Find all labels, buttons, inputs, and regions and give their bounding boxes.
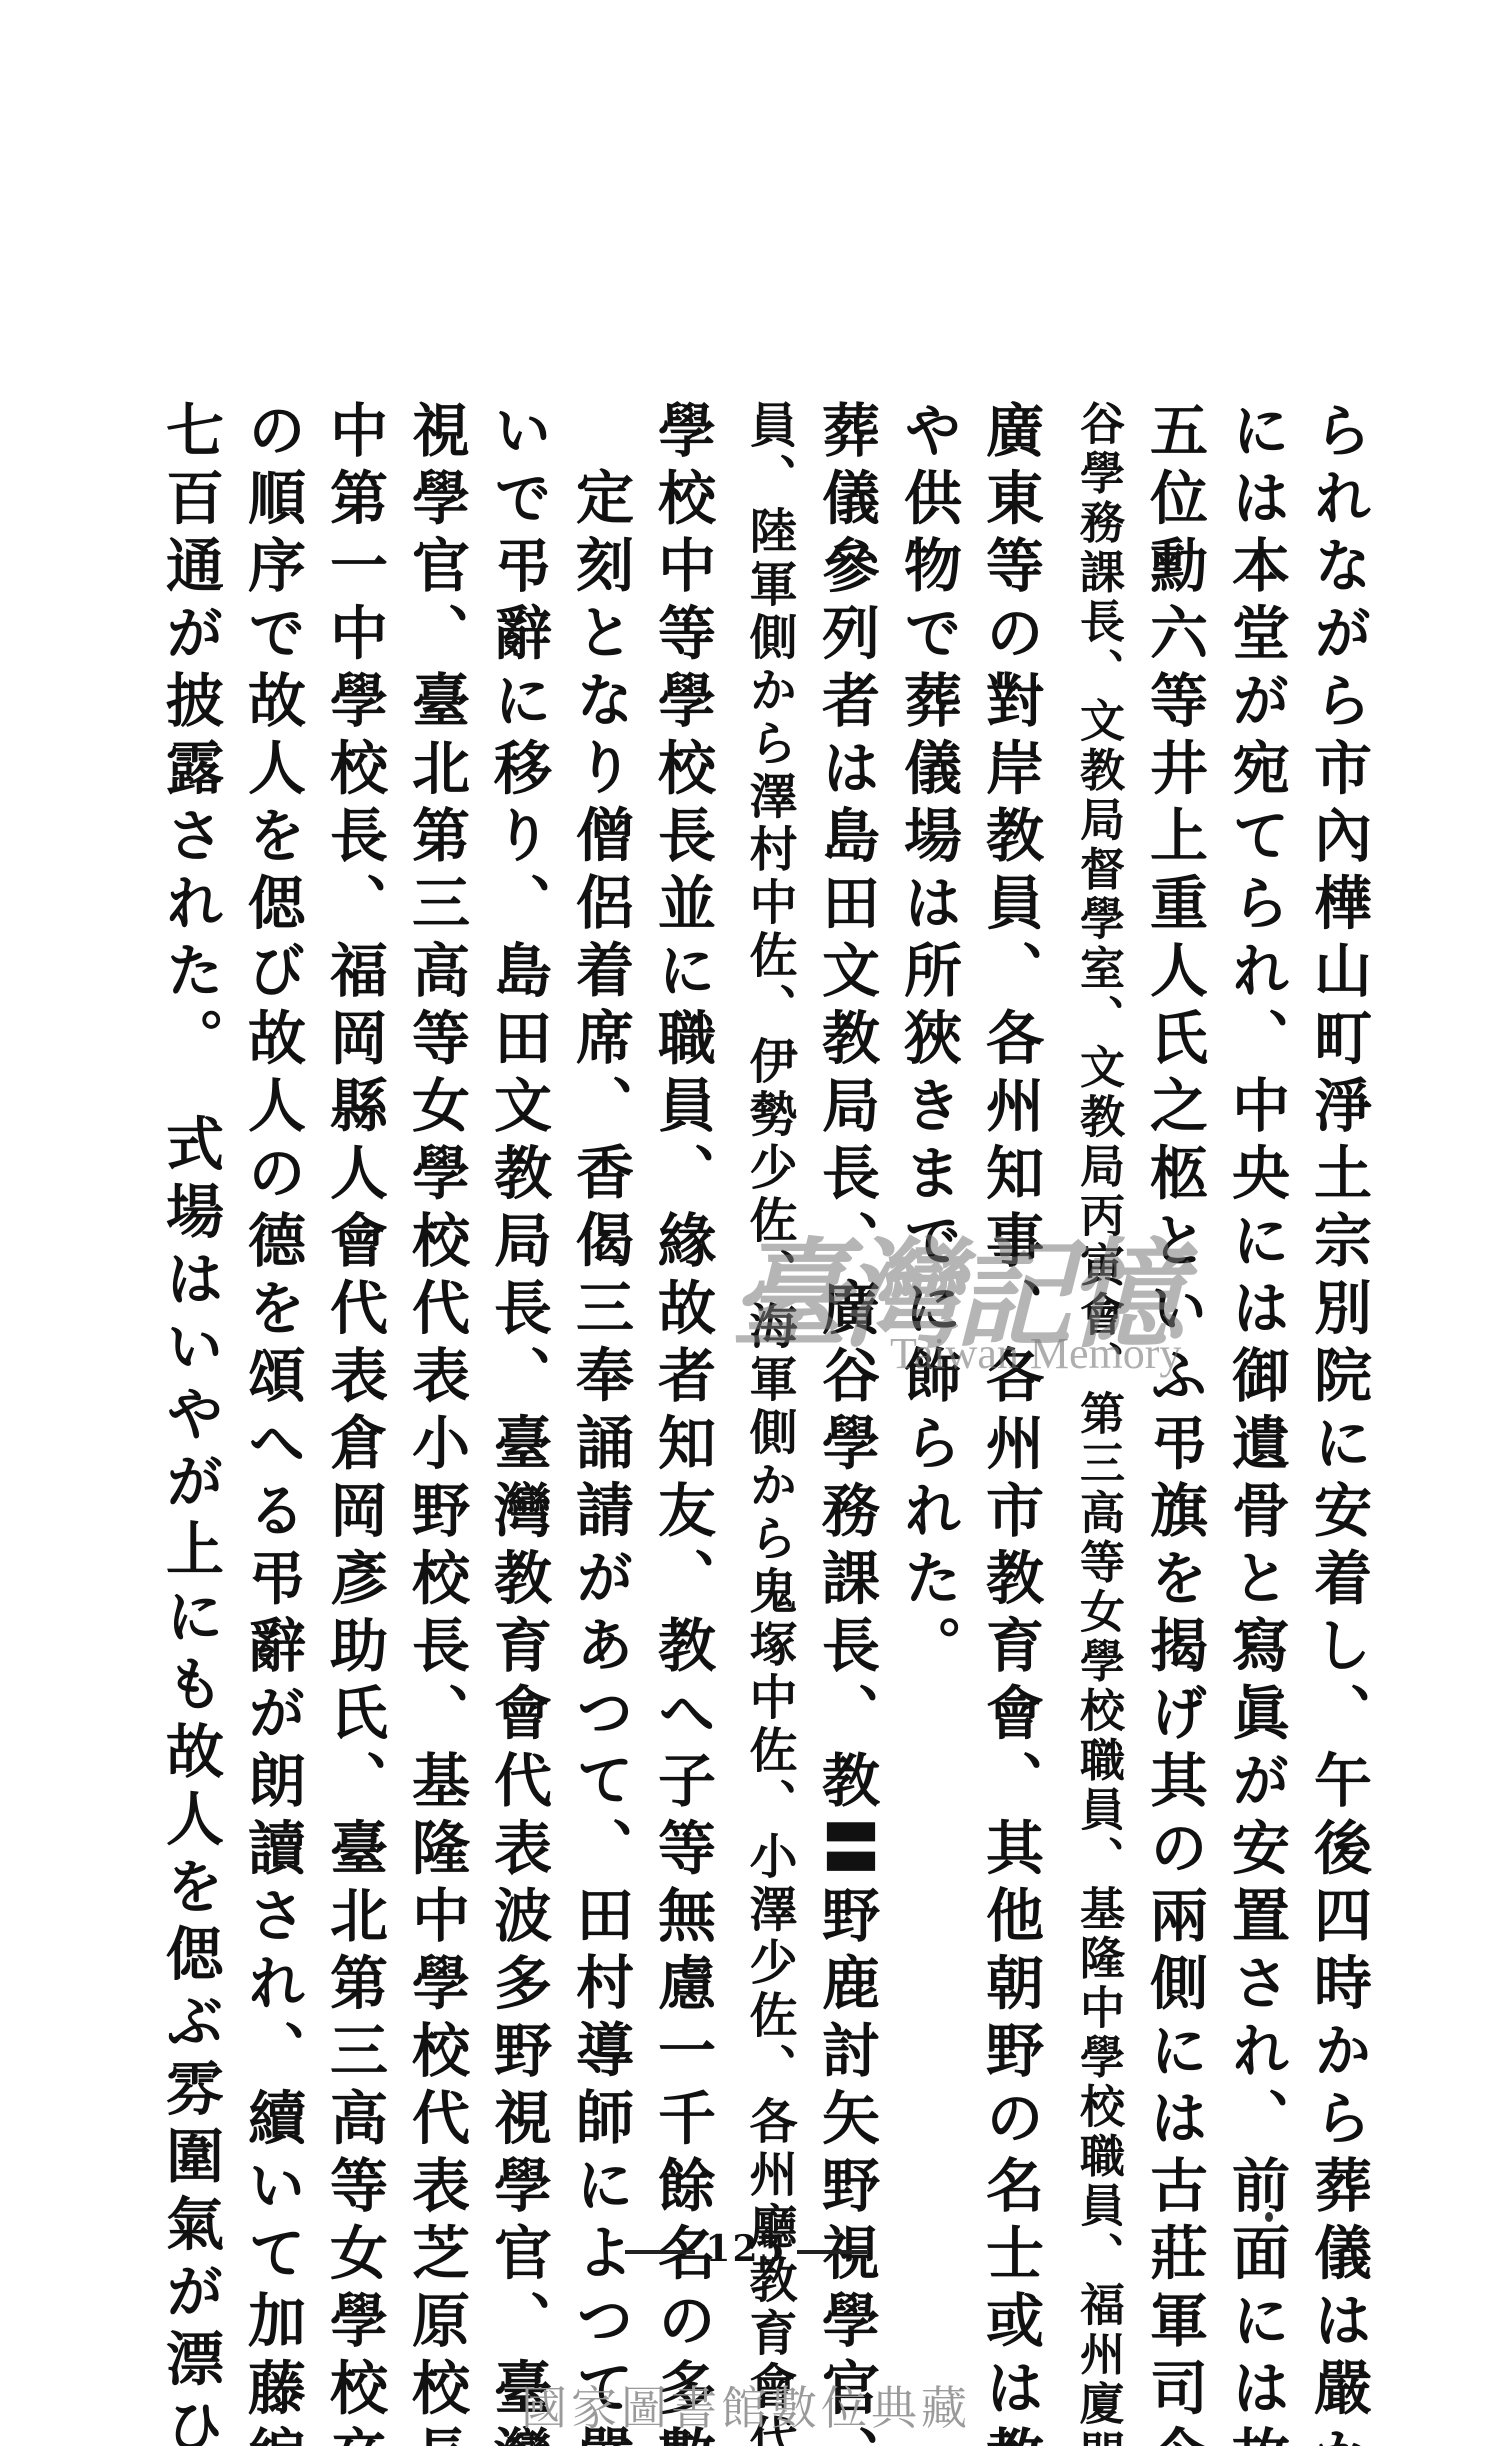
vertical-text-block: られながら市內樺山町淨土宗別院に安着し、午後四時から葬儀は嚴かに執行はれた。 式…: [137, 400, 1367, 2180]
text-column-1: られながら市內樺山町淨土宗別院に安着し、午後四時から葬儀は嚴かに執行はれた。 式…: [1285, 400, 1367, 2180]
library-footer-mark: 國家圖書館數位典藏: [0, 2372, 1492, 2438]
text-column-7: 葬儀參列者は島田文教局長、廣谷學務課長、教〓野鹿討矢野視學官、文教局員、臺灣教育…: [793, 400, 875, 2180]
text-column-5: 廣東等の對岸教員、各州知事、各州市教育會、其他朝野の名士或は教へ子等から贈られた…: [957, 400, 1039, 2180]
text-column-4: 谷學務課長、文教局督學室、文教局丙寅會、第三高等女學校職員、基隆中學校職員、福州…: [1039, 400, 1121, 2180]
text-column-12: 視學官、臺北第三高等女學校代表小野校長、基隆中學校代表芝原校長、臺灣尙志會代表廣…: [383, 400, 465, 2180]
page-number-value: 125: [705, 2228, 786, 2270]
text-column-8: 員、陸軍側から澤村中佐、伊勢少佐、海軍側から鬼塚中佐、小澤少佐、各州廳教育會代表…: [711, 400, 793, 2180]
text-column-11: いで弔辭に移り、島田文教局長、臺灣教育會代表波多野視學官、臺灣教育職員互助會代表…: [465, 400, 547, 2180]
text-column-10: 定刻となり僧侶着席、香偈三奉誦請があつて、田村導師によつて嚴肅裡に引導が渡され、…: [547, 400, 629, 2180]
dash-left: [625, 2250, 695, 2254]
dash-right: [797, 2250, 867, 2254]
text-column-9: 學校中等學校長並に職員、緣故者知友、教へ子等無慮一千餘名の多數に上つた。: [629, 400, 711, 2180]
text-column-2: には本堂が宛てられ、中央には御遺骨と寫眞が安置され、前面には故臺灣總督府視學官正: [1203, 400, 1285, 2180]
page-number: 125: [0, 2228, 1492, 2270]
text-column-14: の順序で故人を偲び故人の德を頌へる弔辭が朗讀され、續いて加藤編修課長によつて弔電: [219, 400, 301, 2180]
ink-speck: [1265, 2212, 1273, 2222]
document-page: られながら市內樺山町淨土宗別院に安着し、午後四時から葬儀は嚴かに執行はれた。 式…: [0, 0, 1492, 2446]
text-column-15: 七百通が披露された。 式場はいやが上にも故人を偲ぶ雰圍氣が漂ひ哀惜の淚更に新なる: [137, 400, 219, 2180]
text-column-6: や供物で葬儀場は所狹きまでに飾られた。: [875, 400, 957, 2180]
text-column-3: 五位勳六等井上重人氏之柩といふ弔旗を揭げ其の兩側には古莊軍司令官、島田文教局長、…: [1121, 400, 1203, 2180]
text-column-13: 中第一中學校長、福岡縣人會代表倉岡彥助氏、臺北第三高等女學校卒業生代表楊氏烝治女…: [301, 400, 383, 2180]
